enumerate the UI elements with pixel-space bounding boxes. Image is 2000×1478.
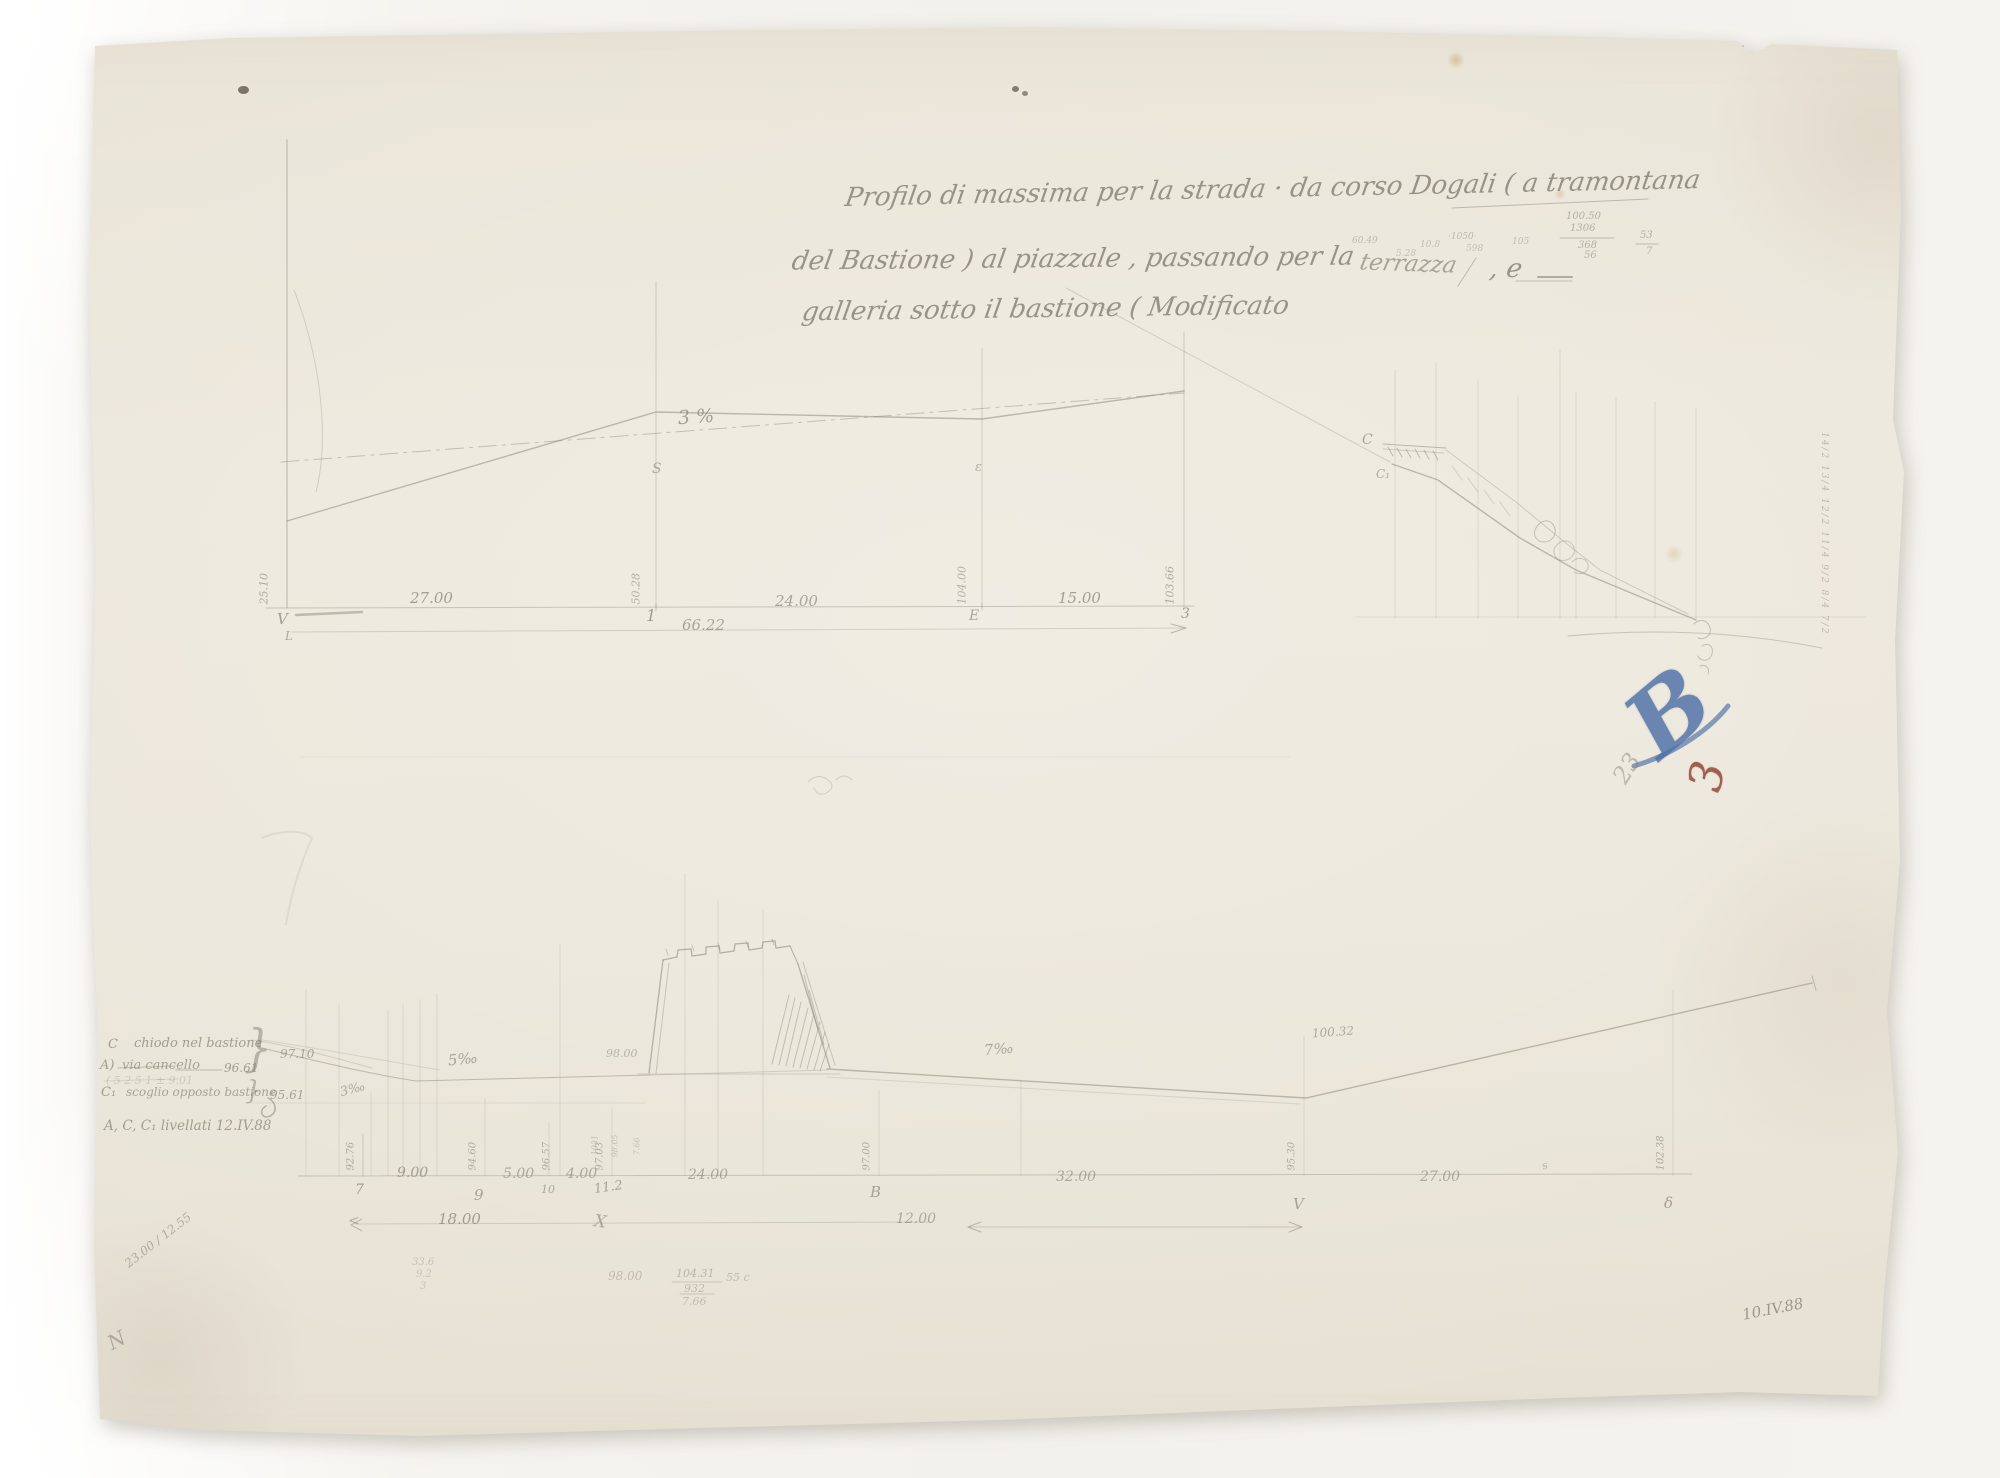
rock-scribble (1572, 558, 1588, 573)
lower-dim: 5.00 (503, 1167, 534, 1182)
grade-dashdot-line (281, 393, 1184, 462)
lower-x-mark: X (593, 1213, 607, 1232)
lower-elevation: 92.76 (347, 1142, 358, 1171)
punch-hole (1012, 86, 1019, 92)
calc-stack-a1: 33.6 (412, 1258, 434, 1269)
title-line-2b: , e (1488, 256, 1525, 283)
lower-total-right: 12.00 (896, 1212, 936, 1227)
lower-dim: 4.00 (566, 1167, 597, 1182)
calc-b: 98.00 (608, 1270, 642, 1283)
title-sup-5: 5.28 (1396, 250, 1416, 259)
lower-wall-number: 98.05 (612, 1134, 620, 1157)
upper-grade-label: 3 % (677, 407, 714, 429)
lower-slope-left: 5‰ (447, 1050, 478, 1069)
title-calc-a: 100.50 (1566, 212, 1601, 223)
title-sup-4: 60.49 (1352, 237, 1378, 246)
top-edge-notch (1742, 38, 1754, 47)
upper-point-s: S (652, 462, 662, 477)
upper-elevation: 25.10 (258, 573, 270, 605)
wall-hatching (772, 975, 829, 1071)
paper-sheet: Profilo di massima per la strada · da co… (0, 0, 2000, 1478)
upper-station-1: 1 (646, 608, 656, 625)
lower-elevation: 96.57 (543, 1142, 554, 1171)
title-sup-3: 105 (1512, 238, 1529, 247)
rock-hook (262, 1098, 275, 1117)
ground-line (287, 391, 1184, 521)
legend-brace-1: } (244, 1023, 272, 1076)
corner-mark: N (104, 1327, 129, 1354)
slope-main-line (1392, 464, 1696, 620)
upper-point-eps: ε (975, 461, 982, 475)
lower-dim: 9.00 (397, 1166, 428, 1181)
lower-small-s: s (1540, 1159, 1549, 1172)
upper-elevation: 104.00 (956, 566, 968, 605)
smudge (296, 612, 362, 615)
lower-elevation: 97.00 (863, 1142, 874, 1171)
legend-strikes (104, 1040, 372, 1081)
lower-elevation: 97.03 (596, 1142, 607, 1171)
grade-line-right (827, 983, 1812, 1098)
lower-elevation: 102.38 (1657, 1136, 1668, 1171)
lower-slope-right: 7‰ (983, 1040, 1014, 1059)
slash-strike (1458, 258, 1476, 286)
pencil-linework (0, 0, 2000, 1478)
left-arc (294, 290, 322, 492)
legend-row3-text: scoglio opposto bastione (126, 1086, 276, 1099)
wall-crenellation (663, 941, 790, 960)
legend-erased-note: ( 5 2 5 1 ± 9.01 (106, 1075, 193, 1087)
legend-row2-value: 96.61 (224, 1062, 258, 1075)
dimension-line (292, 628, 1186, 632)
lower-wall-number: 7.66 (634, 1138, 642, 1156)
legend-footer: A, C, C₁ livellati 12.IV.88 (104, 1119, 271, 1133)
rock-scribble (1694, 621, 1712, 674)
legend-brace-2: } (245, 1078, 262, 1105)
paper-sheet-wrap: Profilo di massima per la strada · da co… (0, 0, 2000, 1478)
lower-station: V (1293, 1197, 1304, 1213)
lower-station: 7 (355, 1183, 364, 1198)
title-line-2-struck-word: terrazza (1357, 250, 1459, 277)
legend-row2-text: via cancello (122, 1059, 200, 1073)
title-line-1: Profilo di massima per la strada · da co… (843, 167, 1702, 212)
section-label-c: C (1362, 433, 1373, 448)
baseline (266, 606, 1194, 608)
scanned-drawing: Profilo di massima per la strada · da co… (0, 0, 2000, 1478)
title-calc-d: 56 (1584, 251, 1597, 262)
lower-dim: 32.00 (1056, 1170, 1096, 1185)
calc-c1: 104.31 (676, 1268, 715, 1280)
lower-wall-number: 1931 (592, 1135, 600, 1155)
wall-left-face (649, 960, 663, 1073)
legend-row1-value: 97.10 (280, 1048, 314, 1061)
lower-arrow-lt: < (348, 1214, 360, 1229)
date-note: 10.IV.88 (1741, 1296, 1805, 1323)
ground-arc (1568, 632, 1822, 648)
title-calc-c: 368 (1578, 241, 1597, 252)
calc-stack-a2: 9.2 (416, 1270, 432, 1281)
title-line-2a: del Bastione ) al piazzale , passando pe… (790, 244, 1356, 276)
lower-elevation: 94.60 (469, 1142, 480, 1171)
lower-station: 11.2 (593, 1179, 624, 1197)
title-line-3: galleria sotto il bastione ( Modificato (800, 293, 1291, 327)
upper-station-e: E (969, 609, 979, 624)
calc-d: 55 c (726, 1272, 750, 1284)
blue-crayon-mark: B (1608, 650, 1730, 774)
approach-line (1066, 288, 1390, 462)
lower-elevation: 95.30 (1288, 1142, 1299, 1171)
upper-station-v: V (277, 612, 288, 628)
upper-profile-drawing (266, 140, 1194, 633)
lower-station: B (870, 1185, 881, 1201)
ledge-hatching (1388, 447, 1438, 460)
rock-scribble (1534, 521, 1555, 542)
legend-row3-value: 95.61 (270, 1089, 304, 1102)
title-strikes (1452, 199, 1658, 286)
lower-dim: 24.00 (688, 1168, 728, 1183)
section-margin-column: 14/2 13/4 12/2 11/4 9/2 8/4 7/2 (1819, 432, 1828, 635)
title-calc-b: 1306 (1570, 224, 1595, 235)
lower-dim: 27.00 (1420, 1170, 1460, 1185)
strikethrough (118, 1066, 175, 1068)
baseline (298, 1174, 1692, 1176)
fraction-bars (672, 1282, 722, 1294)
upper-station-3: 3 (1181, 607, 1190, 622)
lower-fraction-left: 23.00 / 12.55 (123, 1211, 194, 1270)
legend-row3-key: C₁ (101, 1086, 116, 1100)
upper-dim-24: 24.00 (775, 594, 818, 610)
hillside-section-drawing (1066, 288, 1866, 674)
upper-station-l: L (285, 630, 293, 643)
scribble (808, 776, 852, 794)
upper-total-dim: 66.22 (682, 618, 725, 634)
lower-station: δ (1664, 1196, 1673, 1212)
title-calc-e: 53 (1640, 231, 1653, 242)
legend-row2-key: A) (100, 1059, 114, 1073)
slope-upper-line (1446, 450, 1688, 614)
arrowhead (351, 1219, 362, 1231)
title-sup-2: 598 (1466, 245, 1483, 254)
lower-station: 9 (474, 1188, 484, 1204)
upper-elevation: 103.66 (1164, 566, 1176, 605)
construction-verticals (306, 874, 1673, 1176)
upper-dim-27: 27.00 (410, 591, 453, 607)
calc-c2: 932 (684, 1283, 705, 1295)
upper-elevation: 50.28 (630, 573, 642, 605)
lower-spot-wall-left: 98.00 (606, 1048, 638, 1060)
legend-row1-text: chiodo nel bastione (134, 1037, 262, 1051)
upper-dim-15: 15.00 (1058, 591, 1101, 607)
red-chalk-mark: 3 (1680, 757, 1733, 796)
strikethrough (1452, 199, 1648, 208)
punch-hole (1022, 91, 1028, 96)
construction-verticals (1395, 350, 1696, 620)
faint-middle-marks (262, 706, 1728, 924)
punch-hole (238, 86, 249, 94)
wall-right-face (798, 964, 830, 1068)
pencil-number-mark: 23 (1608, 749, 1646, 788)
arrowhead (1171, 624, 1186, 633)
title-sup-6: 10.8 (1420, 241, 1440, 250)
faint-seven-scribble (262, 832, 312, 924)
section-label-c1: C₁ (1376, 468, 1390, 481)
total-dimension-line (356, 1222, 932, 1224)
legend-slope-note: 3‰ (339, 1080, 367, 1100)
title-calc-f: 7 (1646, 247, 1652, 258)
leader-curve (252, 1040, 372, 1068)
grade-line-left (262, 1048, 650, 1081)
lower-station: 10 (541, 1184, 555, 1196)
left-edge-smudge (58, 91, 76, 99)
rock-scribble (1554, 541, 1574, 560)
legend-row1-key: C (108, 1038, 118, 1052)
lower-spot-mid: 100.32 (1312, 1025, 1355, 1040)
calc-c3: 7.66 (682, 1296, 707, 1308)
calc-stack-a3: 3 (420, 1282, 426, 1293)
title-sup-1: ·1050· (1448, 233, 1477, 242)
lower-total-left: 18.00 (438, 1212, 481, 1228)
blue-crayon-tail (1634, 706, 1728, 766)
lower-profile-drawing (252, 874, 1816, 1294)
arrowheads (968, 1222, 1302, 1232)
